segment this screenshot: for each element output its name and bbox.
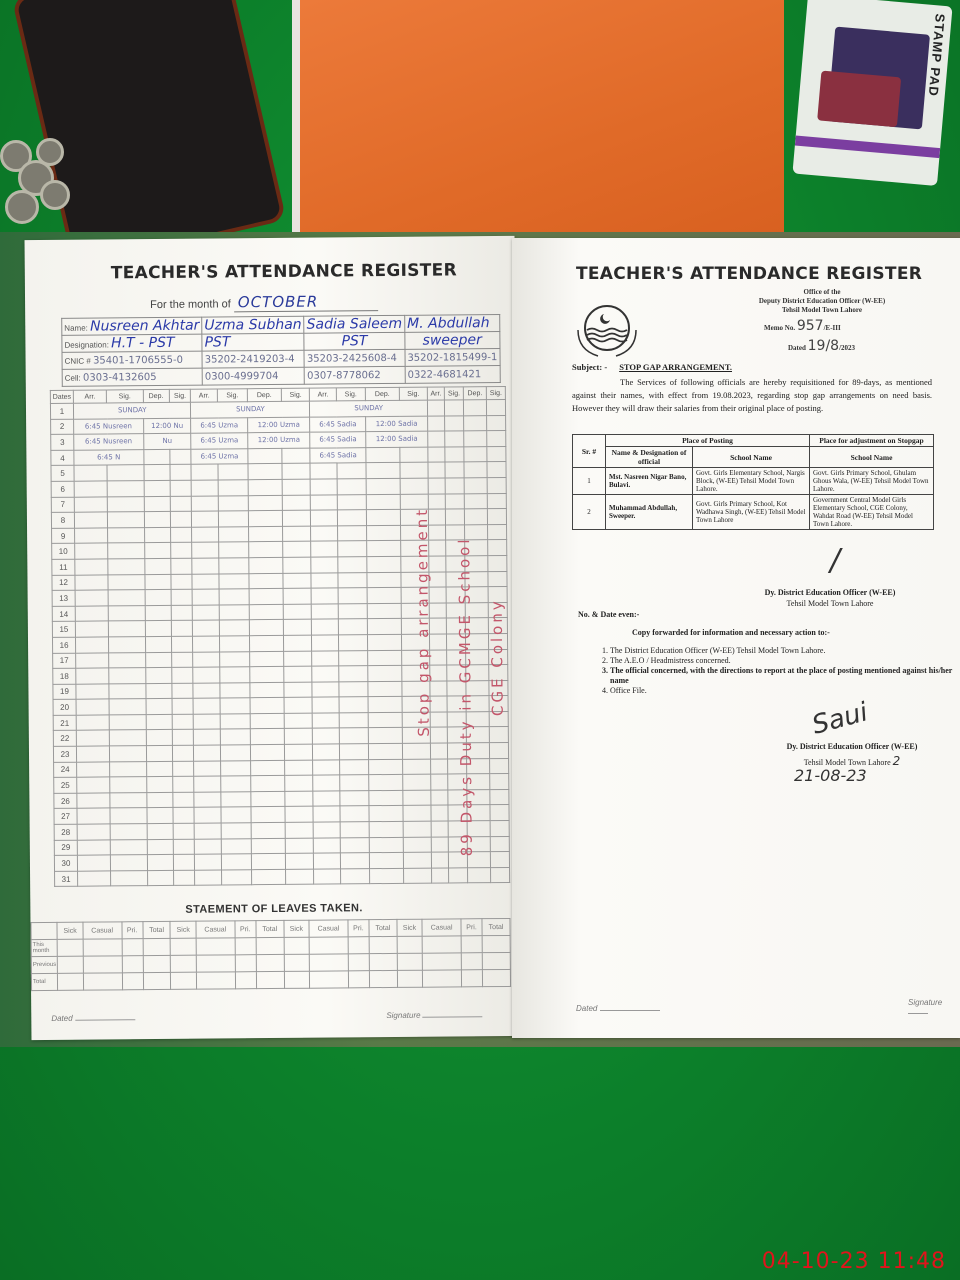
signature-scribble: Saui bbox=[809, 697, 871, 741]
left-signature-field: Signature bbox=[386, 1010, 483, 1020]
teacher-1-cnic: 35401-1706555-0 bbox=[93, 354, 183, 366]
memo-number: Memo No. 957/E-III bbox=[764, 318, 841, 334]
month-line: For the month of OCTOBER bbox=[150, 292, 378, 312]
right-page-official-letter: TEACHER'S ATTENDANCE REGISTER Office of … bbox=[512, 238, 960, 1038]
teacher-4-designation: sweeper bbox=[423, 332, 482, 349]
signatory-block-1: Dy. District Education Officer (W-EE) Te… bbox=[740, 588, 920, 610]
no-date-even: No. & Date even:- bbox=[578, 610, 639, 619]
stamp-pad-box: STAMP PAD bbox=[792, 0, 952, 186]
subject-line: Subject: -STOP GAP ARRANGEMENT. bbox=[572, 362, 732, 372]
teacher-1-name: Nusreen Akhtar bbox=[90, 318, 199, 335]
month-label: For the month of bbox=[150, 298, 231, 311]
teacher-3-cell: 0307-8778062 bbox=[307, 370, 381, 382]
leaves-statement-title: STAEMENT OF LEAVES TAKEN. bbox=[185, 902, 363, 916]
leaves-table: SickCasualPri.TotalSickCasualPri.TotalSi… bbox=[30, 918, 511, 991]
punjab-government-emblem-icon bbox=[572, 300, 642, 360]
right-signature-field: Signature bbox=[908, 998, 960, 1016]
teacher-4-cnic: 35202-1815499-1 bbox=[407, 352, 497, 364]
teacher-3-name: Sadia Saleem bbox=[307, 316, 403, 333]
letter-body: The Services of following officials are … bbox=[572, 376, 932, 416]
orange-folder bbox=[292, 0, 784, 240]
grid-row-31: 31 bbox=[55, 867, 510, 887]
left-page-attendance-sheet: TEACHER'S ATTENDANCE REGISTER For the mo… bbox=[25, 236, 522, 1040]
handwritten-sign-date: 21-08-23 bbox=[794, 766, 867, 785]
teacher-2-cell: 0300-4999704 bbox=[205, 370, 279, 382]
handwritten-note-stop-gap: Stop gap arrangement bbox=[413, 507, 433, 737]
signature-stroke-1: / bbox=[830, 543, 840, 578]
month-value: OCTOBER bbox=[234, 292, 379, 312]
left-dated-field: Dated bbox=[51, 1013, 135, 1023]
posting-table: Sr. # Place of Posting Place for adjustm… bbox=[572, 434, 934, 530]
teacher-2-cnic: 35202-2419203-4 bbox=[205, 353, 295, 365]
cell-row: Cell: 0303-4132605 0300-4999704 0307-877… bbox=[62, 366, 500, 387]
page-title: TEACHER'S ATTENDANCE REGISTER bbox=[111, 260, 457, 283]
teacher-3-designation: PST bbox=[342, 333, 368, 349]
page-title-right: TEACHER'S ATTENDANCE REGISTER bbox=[576, 264, 922, 284]
teacher-1-designation: H.T - PST bbox=[111, 335, 175, 352]
teacher-4-name: M. Abdullah bbox=[407, 315, 490, 332]
teacher-3-cnic: 35203-2425608-4 bbox=[307, 352, 397, 364]
signatory-block-2: Dy. District Education Officer (W-EE) Te… bbox=[762, 742, 942, 769]
teacher-2-designation: PST bbox=[204, 334, 230, 350]
teacher-4-cell: 0322-4681421 bbox=[408, 369, 482, 381]
issuing-office: Office of the Deputy District Education … bbox=[732, 288, 912, 315]
copy-to-list: The District Education Officer (W-EE) Te… bbox=[590, 646, 955, 696]
key-bunch bbox=[0, 100, 80, 250]
copy-forwarded-line: Copy forwarded for information and neces… bbox=[632, 628, 830, 637]
teacher-info-table: Name: Nusreen Akhtar Uzma Subhan Sadia S… bbox=[61, 314, 500, 387]
stamp-pad-label: STAMP PAD bbox=[926, 13, 948, 97]
posting-row-2: 2 Muhammad Abdullah, Sweeper. Govt. Girl… bbox=[573, 495, 934, 530]
handwritten-note-colony: CGE Colony bbox=[488, 598, 507, 716]
memo-date: Dated 19/8/2023 bbox=[788, 338, 855, 354]
teacher-2-name: Uzma Subhan bbox=[204, 317, 301, 334]
camera-timestamp: 04-10-23 11:48 bbox=[762, 1249, 946, 1274]
handwritten-note-89-days: 89 Days Duty in GCMGE School bbox=[455, 536, 476, 856]
teacher-1-cell: 0303-4132605 bbox=[83, 372, 157, 384]
posting-row-1: 1 Mst. Nasreen Nigar Bano, Bulavi. Govt.… bbox=[573, 468, 934, 495]
right-dated-field: Dated bbox=[576, 1004, 660, 1013]
attendance-grid: Dates Arr.Sig.Dep.Sig. Arr.Sig.Dep.Sig. … bbox=[50, 386, 510, 887]
